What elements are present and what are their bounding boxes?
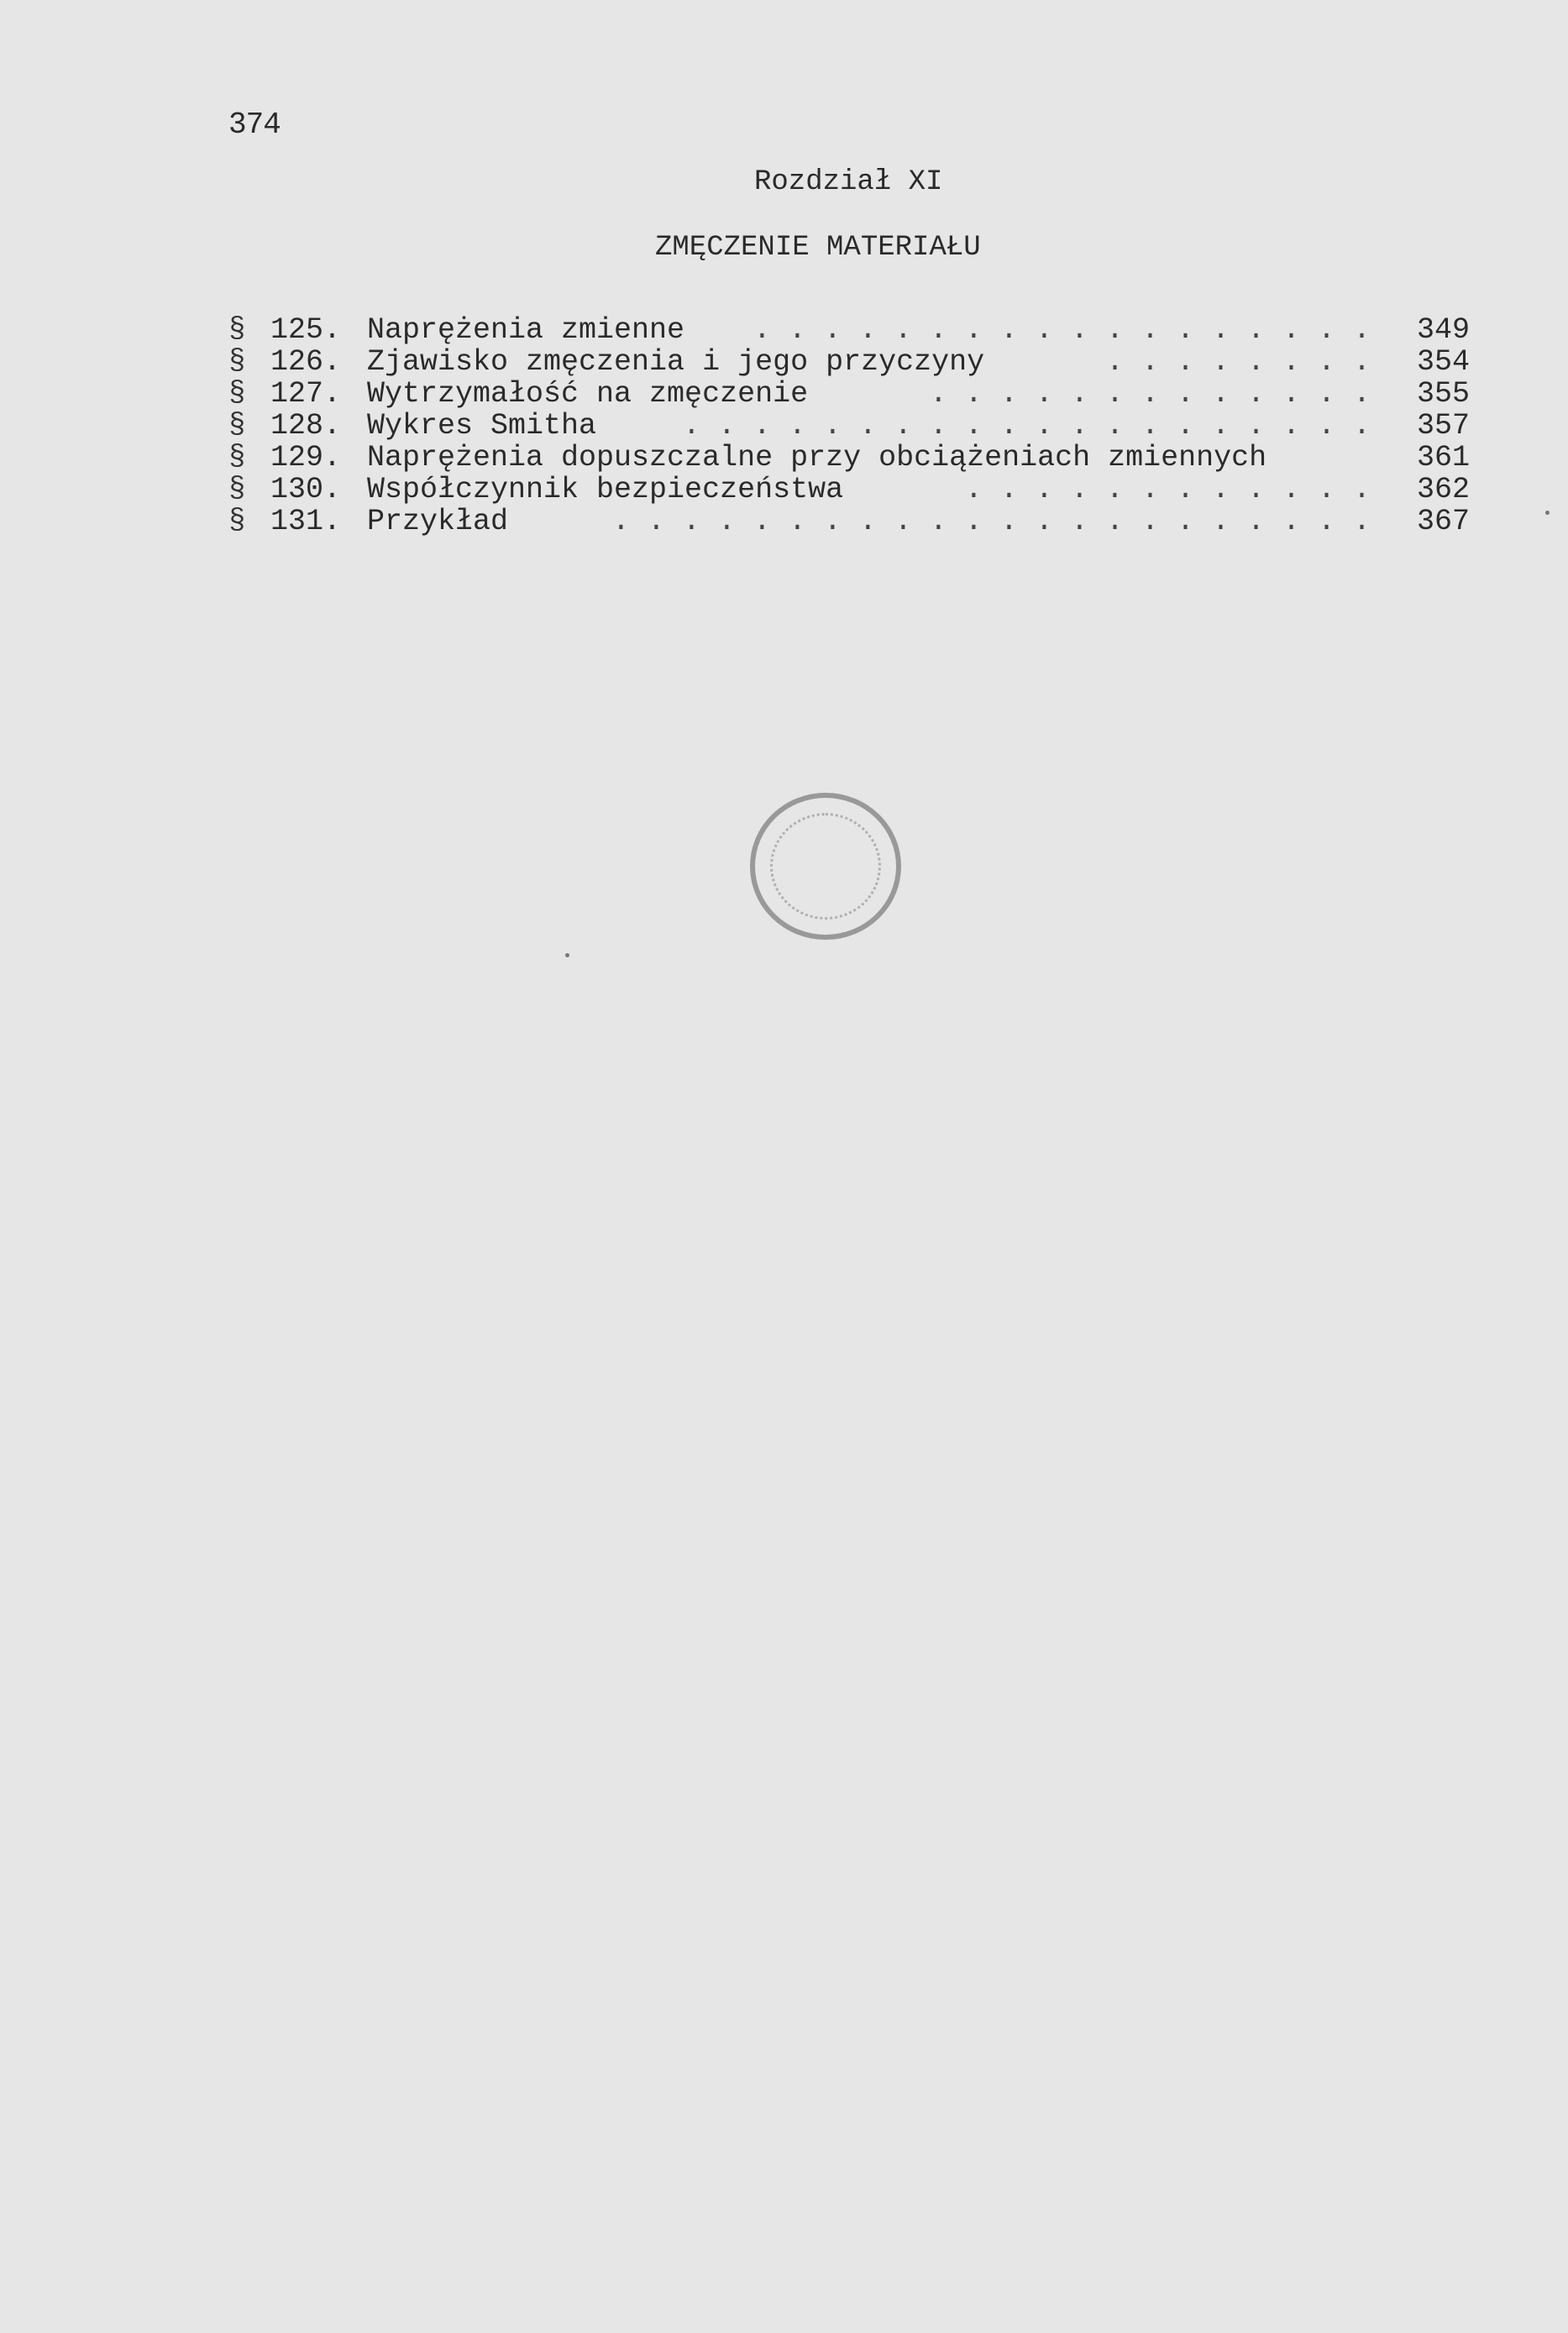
section-title: Wykres Smitha	[367, 410, 596, 442]
toc-entry-125: § 125. Naprężenia zmienne . . . . . . . …	[228, 314, 1488, 346]
section-number: 128.	[270, 410, 341, 442]
toc-entry-129: § 129. Naprężenia dopuszczalne przy obci…	[228, 442, 1488, 474]
section-title: Naprężenia dopuszczalne przy obciążeniac…	[367, 442, 1266, 474]
section-mark-icon: §	[228, 474, 247, 506]
chapter-title: ZMĘCZENIE MATERIAŁU	[655, 232, 981, 264]
dot-leaders: . . . . . . . . . . . .	[965, 474, 1371, 506]
page-ref: 355	[1417, 378, 1470, 410]
dot-leaders: . . . . . . . . . . . . . . . . . . . .	[683, 410, 1371, 442]
dot-leaders: . . . . . . . . . . . . .	[930, 378, 1371, 410]
section-number: 127.	[270, 378, 341, 410]
table-of-contents: § 125. Naprężenia zmienne . . . . . . . …	[228, 314, 1488, 537]
chapter-label: Rozdział XI	[754, 166, 942, 198]
section-number: 130.	[270, 474, 341, 506]
page-ref: 357	[1417, 410, 1470, 442]
page-number: 374	[228, 107, 281, 142]
toc-entry-126: § 126. Zjawisko zmęczenia i jego przyczy…	[228, 346, 1488, 378]
page-ref: 362	[1417, 474, 1470, 506]
library-stamp-icon	[750, 793, 901, 940]
page-ref: 367	[1417, 506, 1470, 537]
section-number: 131.	[270, 506, 341, 537]
dot-leaders: . . . . . . . .	[1106, 346, 1371, 378]
section-mark-icon: §	[228, 314, 247, 346]
toc-entry-127: § 127. Wytrzymałość na zmęczenie . . . .…	[228, 378, 1488, 410]
page-ref: 361	[1417, 442, 1470, 474]
section-title: Zjawisko zmęczenia i jego przyczyny	[367, 346, 984, 378]
section-title: Wytrzymałość na zmęczenie	[367, 378, 808, 410]
section-number: 129.	[270, 442, 341, 474]
section-title: Współczynnik bezpieczeństwa	[367, 474, 843, 506]
page-ref: 354	[1417, 346, 1470, 378]
section-number: 125.	[270, 314, 341, 346]
toc-entry-128: § 128. Wykres Smitha . . . . . . . . . .…	[228, 410, 1488, 442]
section-mark-icon: §	[228, 506, 247, 537]
ink-speck	[565, 953, 569, 957]
toc-entry-131: § 131. Przykład . . . . . . . . . . . . …	[228, 506, 1488, 537]
dot-leaders: . . . . . . . . . . . . . . . . . . . . …	[612, 506, 1371, 537]
ink-speck	[1545, 511, 1550, 515]
dot-leaders: . . . . . . . . . . . . . . . . . .	[753, 314, 1371, 346]
page-ref: 349	[1417, 314, 1470, 346]
section-mark-icon: §	[228, 410, 247, 442]
section-mark-icon: §	[228, 378, 247, 410]
section-title: Przykład	[367, 506, 508, 537]
toc-entry-130: § 130. Współczynnik bezpieczeństwa . . .…	[228, 474, 1488, 506]
section-mark-icon: §	[228, 346, 247, 378]
section-number: 126.	[270, 346, 341, 378]
section-title: Naprężenia zmienne	[367, 314, 684, 346]
section-mark-icon: §	[228, 442, 247, 474]
